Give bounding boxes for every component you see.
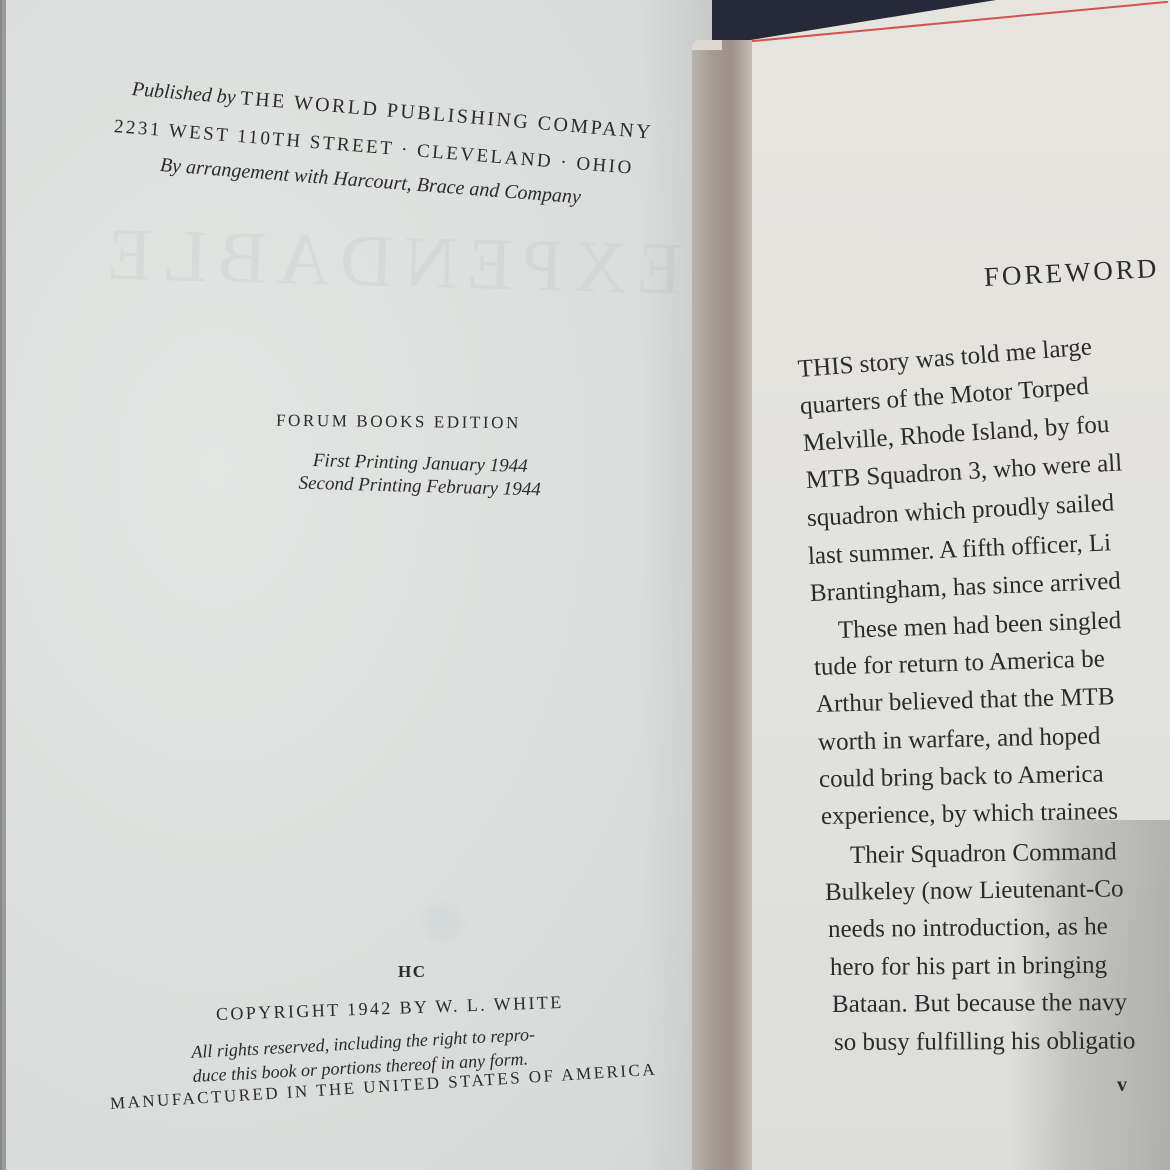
body-line: Bulkeley (now Lieutenant-Co <box>825 875 1124 907</box>
body-line: hero for his part in bringing <box>830 952 1107 982</box>
copyright-notice: COPYRIGHT 1942 BY W. L. WHITE <box>216 992 564 1025</box>
open-book-photo: EXPENDABLE Published by THE WORLD PUBLIS… <box>0 0 1170 1170</box>
gutter-top-edge <box>692 40 722 50</box>
book-gutter <box>692 40 752 1170</box>
publisher-prefix: Published by <box>131 78 236 109</box>
left-page-edge <box>2 0 6 1170</box>
body-line: Their Squadron Command <box>850 838 1117 870</box>
printing-history: First Printing January 1944 Second Print… <box>269 448 570 502</box>
body-line: so busy fulfilling his obligatio <box>834 1027 1136 1057</box>
publisher-emblem-icon <box>420 900 466 946</box>
page-number: v <box>1117 1074 1127 1097</box>
imprint-mark: HC <box>398 962 427 982</box>
edition-label: FORUM BOOKS EDITION <box>276 411 521 434</box>
left-page: EXPENDABLE Published by THE WORLD PUBLIS… <box>0 0 712 1170</box>
body-line: could bring back to America <box>819 761 1104 794</box>
body-line: experience, by which trainees <box>821 798 1119 831</box>
body-line: needs no introduction, as he <box>828 913 1108 944</box>
body-line: Bataan. But because the navy <box>832 989 1127 1019</box>
title-showthrough: EXPENDABLE <box>96 212 683 312</box>
